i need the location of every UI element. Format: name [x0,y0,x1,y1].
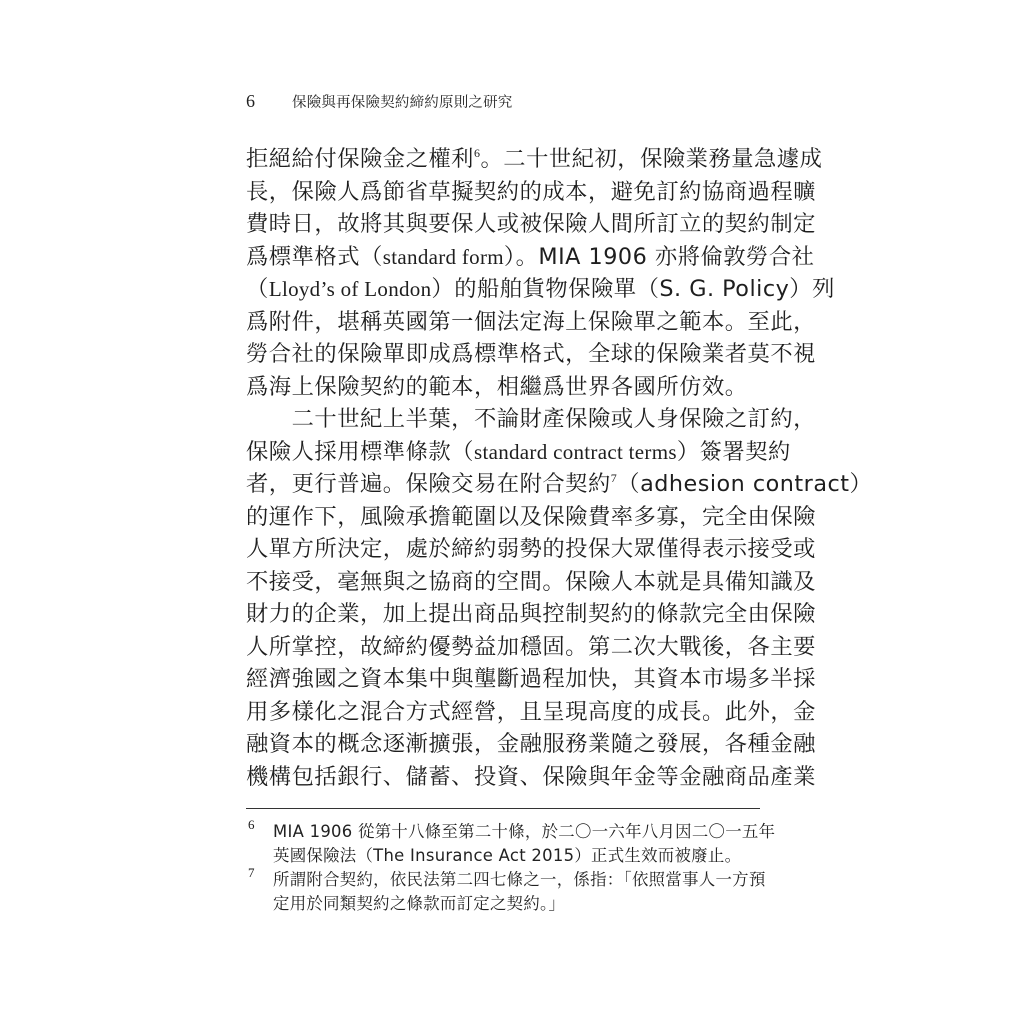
footnote-number: 6 [248,817,255,833]
body-line: 費時日，故將其與要保人或被保險人間所訂立的契約制定 [246,208,760,241]
footnote-7: 7 所謂附合契約，依民法第二四七條之一，係指：「依照當事人一方預 定用於同類契約… [246,868,760,916]
footnote-number: 7 [248,865,255,881]
body-line: 人所掌控，故締約優勢益加穩固。第二次大戰後，各主要 [246,631,760,664]
text-span: 保險人採用標準條款（ [246,439,474,465]
body-line: 經濟強國之資本集中與壟斷過程加快，其資本市場多半採 [246,663,760,696]
body-line: 爲海上保險契約的範本，相繼爲世界各國所仿效。 [246,371,760,404]
book-page: 6 保險與再保險契約締約原則之研究 拒絕給付保險金之權利6。二十世紀初，保險業務… [0,0,1024,1024]
footnote-line: 所謂附合契約，依民法第二四七條之一，係指：「依照當事人一方預 [273,868,760,892]
body-line: 機構包括銀行、儲蓄、投資、保險與年金等金融商品產業 [246,761,760,794]
latin-term: standard contract terms [474,440,677,464]
body-line: 二十世紀上半葉，不論財產保險或人身保險之訂約， [246,403,760,436]
text-span: 。二十世紀初，保險業務量急遽成 [480,146,822,172]
body-line: 拒絕給付保險金之權利6。二十世紀初，保險業務量急遽成 [246,143,760,176]
running-head: 6 保險與再保險契約締約原則之研究 [246,90,513,112]
page-number: 6 [246,91,292,112]
body-line: 保險人採用標準條款（standard contract terms）簽署契約 [246,436,760,469]
text-span: ）的船舶貨物保險單（S. G. Policy）列 [431,276,834,302]
body-line: 爲附件，堪稱英國第一個法定海上保險單之範本。至此， [246,306,760,339]
body-line: 的運作下，風險承擔範圍以及保險費率多寡，完全由保險 [246,501,760,534]
body-line: 長，保險人爲節省草擬契約的成本，避免訂約協商過程曠 [246,176,760,209]
footnote-line: 定用於同類契約之條款而訂定之契約。」 [273,892,760,916]
footnote-divider [246,808,760,809]
running-head-title: 保險與再保險契約締約原則之研究 [292,91,513,112]
footnotes: 6 MIA 1906 從第十八條至第二十條，於二〇一六年八月因二〇一五年 英國保… [246,820,760,916]
body-line: 勞合社的保險單即成爲標準格式，全球的保險業者莫不視 [246,338,760,371]
footnote-line: MIA 1906 從第十八條至第二十條，於二〇一六年八月因二〇一五年 [273,820,760,844]
text-span: （adhesion contract） [617,471,872,497]
text-span: 者，更行普遍。保險交易在附合契約 [246,471,611,497]
body-text: 拒絕給付保險金之權利6。二十世紀初，保險業務量急遽成 長，保險人爲節省草擬契約的… [246,143,760,793]
text-span: ）。MIA 1906 亦將倫敦勞合社 [504,244,815,270]
text-span: 拒絕給付保險金之權利 [246,146,474,172]
footnote-6: 6 MIA 1906 從第十八條至第二十條，於二〇一六年八月因二〇一五年 英國保… [246,820,760,868]
body-line: 者，更行普遍。保險交易在附合契約7（adhesion contract） [246,468,760,501]
body-line: 不接受，毫無與之協商的空間。保險人本就是具備知識及 [246,566,760,599]
text-span: ）簽署契約 [677,439,791,465]
body-line: （Lloyd’s of London）的船舶貨物保險單（S. G. Policy… [246,273,760,306]
body-line: 爲標準格式（standard form）。MIA 1906 亦將倫敦勞合社 [246,241,760,274]
footnote-line: 英國保險法（The Insurance Act 2015）正式生效而被廢止。 [273,844,760,868]
body-line: 融資本的概念逐漸擴張，金融服務業隨之發展，各種金融 [246,728,760,761]
latin-term: standard form [383,245,504,269]
text-span: 爲標準格式（ [246,244,383,270]
body-line: 用多樣化之混合方式經營，且呈現高度的成長。此外，金 [246,696,760,729]
body-line: 財力的企業，加上提出商品與控制契約的條款完全由保險 [246,598,760,631]
body-line: 人單方所決定，處於締約弱勢的投保大眾僅得表示接受或 [246,533,760,566]
text-span: （ [246,276,269,302]
latin-term: Lloyd’s of London [269,277,432,301]
